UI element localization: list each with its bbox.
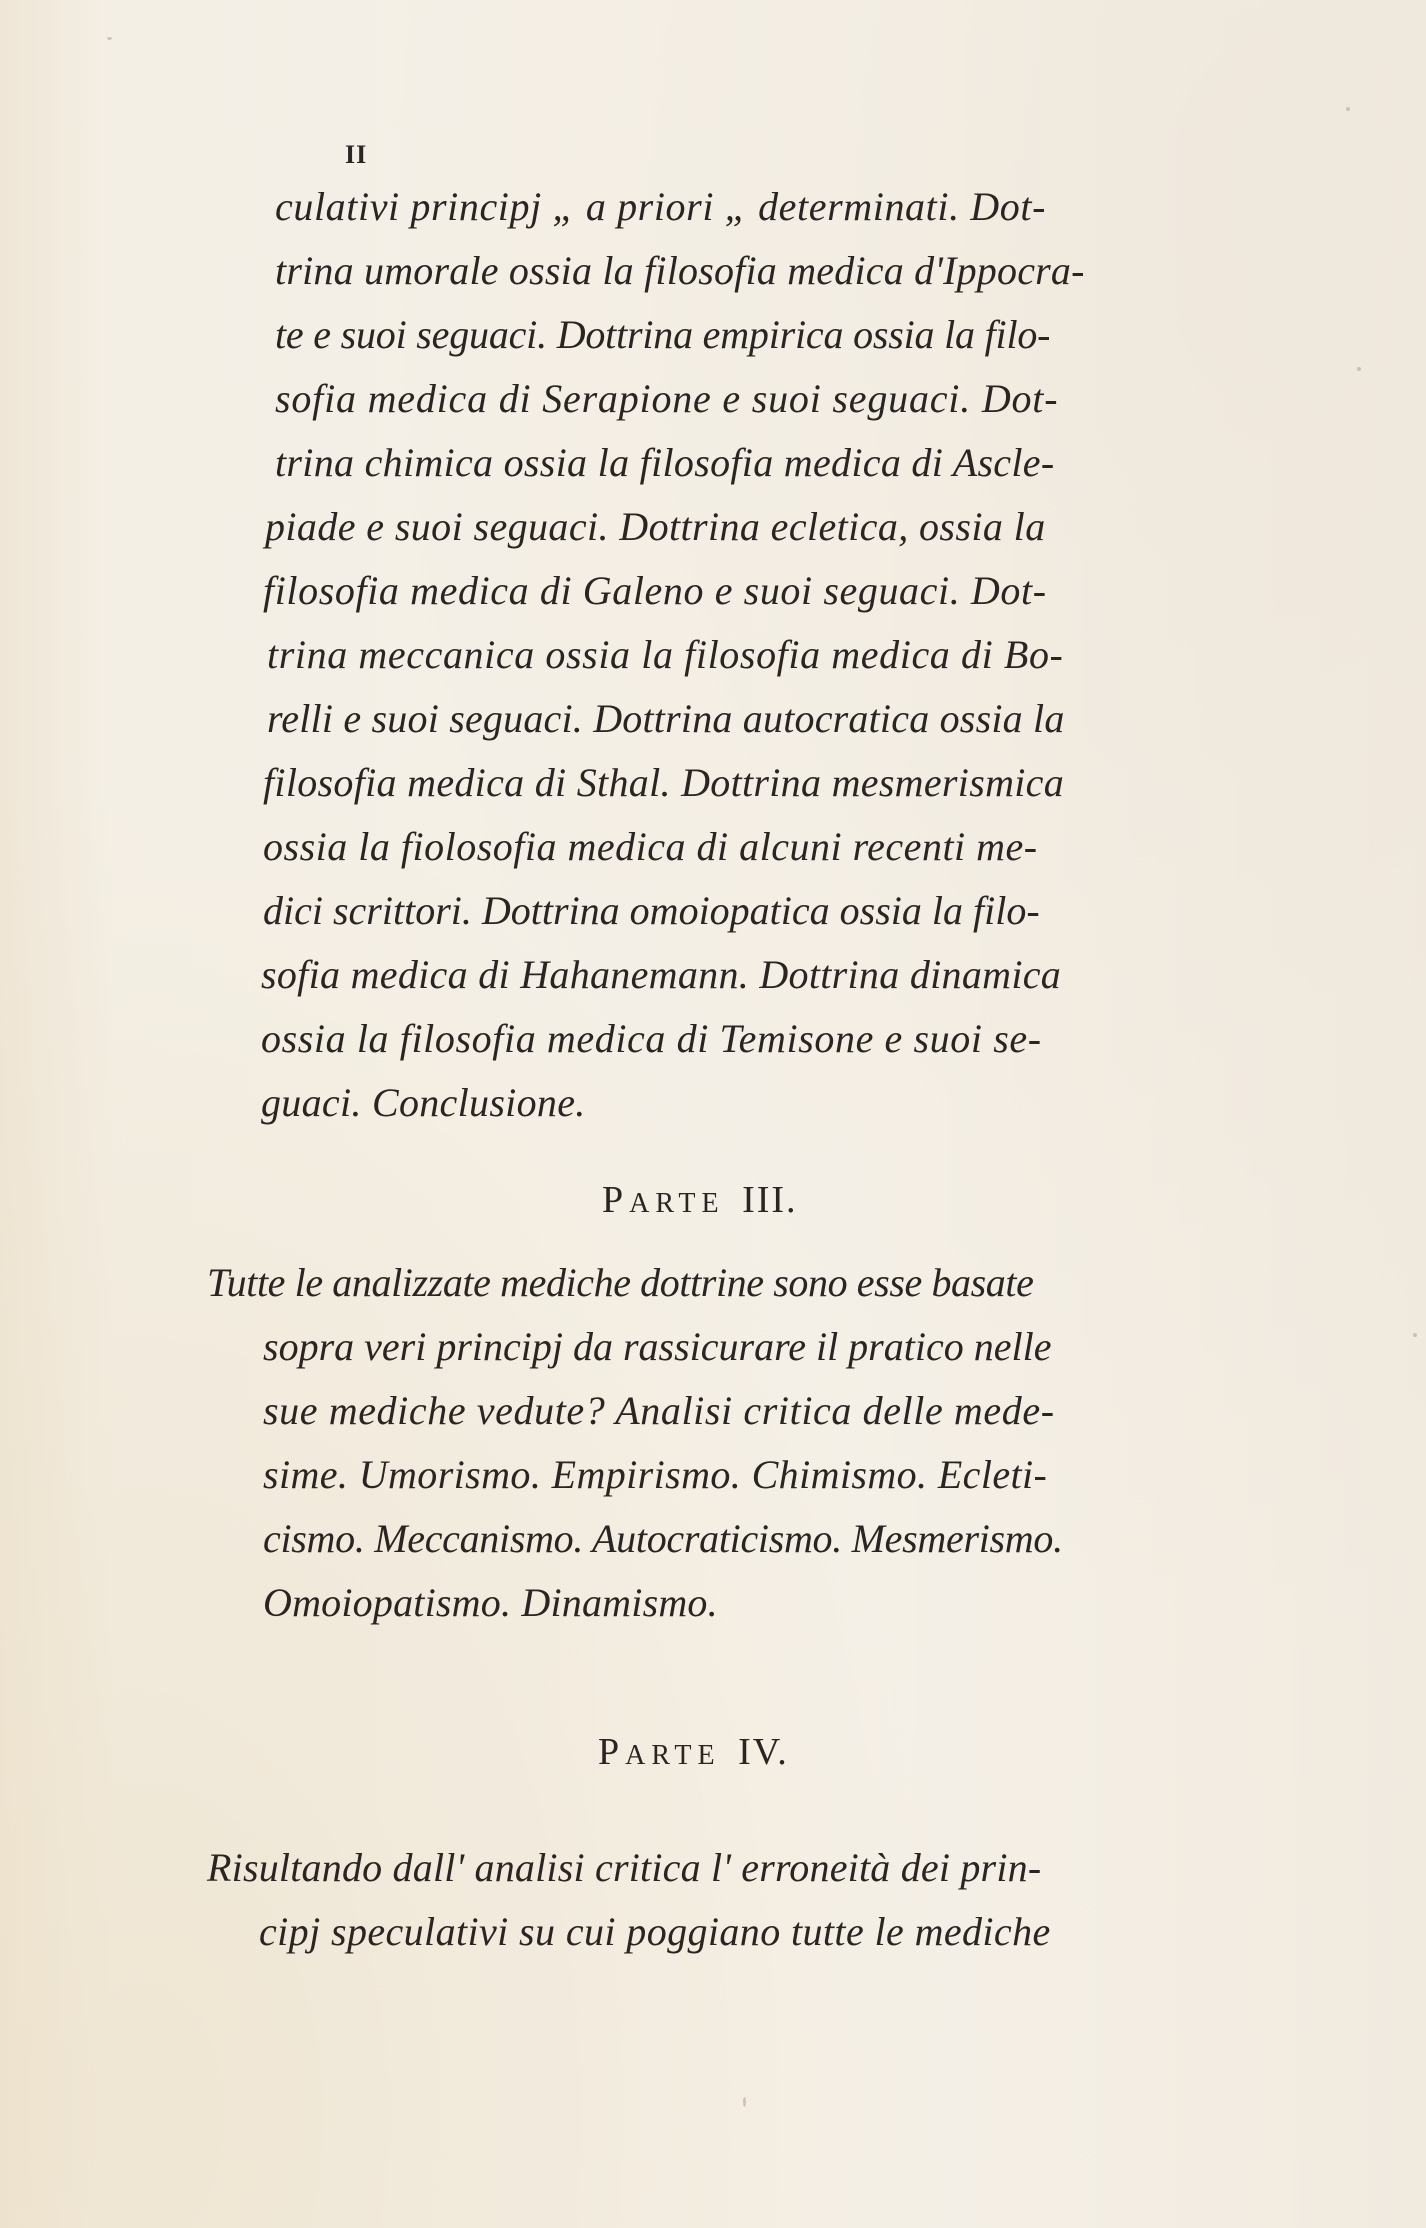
text-line: sofia medica di Serapione e suoi seguaci… [275, 375, 1058, 422]
parte-4-heading: PARTE IV. [598, 1730, 789, 1774]
text-line: te e suoi seguaci. Dottrina empirica oss… [275, 311, 1050, 358]
text-line: cismo. Meccanismo. Autocraticismo. Mesme… [263, 1515, 1063, 1562]
parte-3-heading: PARTE III. [602, 1178, 798, 1222]
heading-initial: P [598, 1731, 625, 1773]
text-line: piade e suoi seguaci. Dottrina ecletica,… [265, 503, 1046, 550]
heading-numeral: III. [742, 1179, 797, 1221]
heading-initial: P [602, 1179, 629, 1221]
text-line: dici scrittori. Dottrina omoiopatica oss… [263, 887, 1040, 934]
text-line: sopra veri principj da rassicurare il pr… [263, 1323, 1051, 1370]
paper-speck [1346, 107, 1350, 111]
paper-speck [743, 2097, 746, 2107]
paper-speck [1413, 1333, 1417, 1337]
heading-numeral: IV. [738, 1731, 789, 1773]
paper-speck [1357, 367, 1361, 371]
text-line: culativi principj „ a priori „ determina… [275, 183, 1046, 230]
text-line: filosofia medica di Galeno e suoi seguac… [263, 567, 1047, 614]
heading-smallcaps: ARTE [629, 1188, 724, 1219]
text-line: trina meccanica ossia la filosofia medic… [267, 631, 1063, 678]
paper-speck [107, 37, 112, 40]
text-line: trina umorale ossia la filosofia medica … [275, 247, 1085, 294]
text-line: trina chimica ossia la filosofia medica … [275, 439, 1054, 486]
heading-smallcaps: ARTE [625, 1740, 720, 1771]
text-line: Risultando dall' analisi critica l' erro… [207, 1844, 1041, 1891]
text-line: Tutte le analizzate mediche dottrine son… [207, 1259, 1033, 1306]
page-number: II [345, 140, 367, 170]
text-line: sime. Umorismo. Empirismo. Chimismo. Ecl… [263, 1451, 1047, 1498]
text-line: filosofia medica di Sthal. Dottrina mesm… [263, 759, 1064, 806]
text-line: guaci. Conclusione. [261, 1079, 586, 1126]
text-line: relli e suoi seguaci. Dottrina autocrati… [267, 695, 1065, 742]
text-line: cipj speculativi su cui poggiano tutte l… [259, 1908, 1051, 1955]
text-line: sue mediche vedute? Analisi critica dell… [263, 1387, 1055, 1434]
book-page: II culativi principj „ a priori „ determ… [0, 0, 1426, 2228]
text-line: ossia la fiolosofia medica di alcuni rec… [263, 823, 1038, 870]
text-line: Omoiopatismo. Dinamismo. [263, 1579, 718, 1626]
text-line: ossia la filosofia medica di Temisone e … [261, 1015, 1042, 1062]
text-line: sofia medica di Hahanemann. Dottrina din… [261, 951, 1061, 998]
